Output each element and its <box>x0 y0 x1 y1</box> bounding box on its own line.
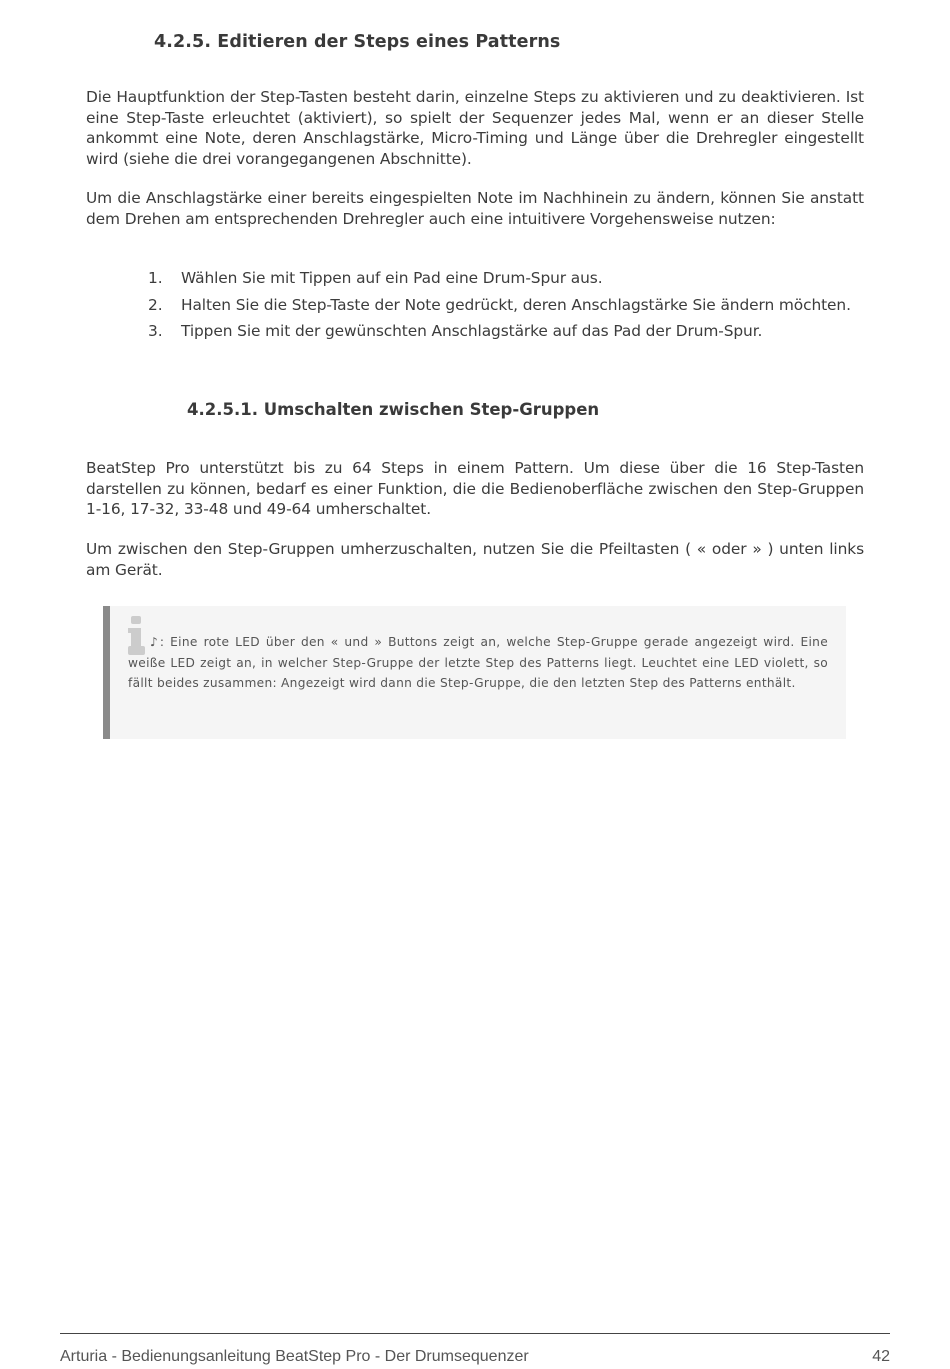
info-note-box: ♪: Eine rote LED über den « und » Button… <box>103 606 846 739</box>
subsection-heading: 4.2.5.1. Umschalten zwischen Step-Gruppe… <box>187 400 599 419</box>
list-item-text: Tippen Sie mit der gewünschten Anschlags… <box>181 322 762 340</box>
footer-divider <box>60 1333 890 1334</box>
intro-paragraph: Die Hauptfunktion der Step-Tasten besteh… <box>86 87 864 169</box>
steps-list: 1. Wählen Sie mit Tippen auf ein Pad ein… <box>146 268 864 348</box>
list-item-number: 3. <box>148 321 162 342</box>
list-item: 2. Halten Sie die Step-Taste der Note ge… <box>146 295 864 316</box>
page-number: 42 <box>872 1348 890 1366</box>
list-item-number: 2. <box>148 295 162 316</box>
list-item-number: 1. <box>148 268 162 289</box>
list-item-text: Halten Sie die Step-Taste der Note gedrü… <box>181 296 851 314</box>
list-item: 1. Wählen Sie mit Tippen auf ein Pad ein… <box>146 268 864 289</box>
footer-title: Arturia - Bedienungsanleitung BeatStep P… <box>60 1348 529 1366</box>
list-item-text: Wählen Sie mit Tippen auf ein Pad eine D… <box>181 269 603 287</box>
section-heading: 4.2.5. Editieren der Steps eines Pattern… <box>154 32 560 52</box>
arrow-keys-paragraph: Um zwischen den Step-Gruppen umherzuscha… <box>86 539 864 580</box>
step-groups-paragraph: BeatStep Pro unterstützt bis zu 64 Steps… <box>86 458 864 520</box>
note-text: ♪: Eine rote LED über den « und » Button… <box>128 632 828 694</box>
list-item: 3. Tippen Sie mit der gewünschten Anschl… <box>146 321 864 342</box>
velocity-paragraph: Um die Anschlagstärke einer bereits eing… <box>86 188 864 229</box>
